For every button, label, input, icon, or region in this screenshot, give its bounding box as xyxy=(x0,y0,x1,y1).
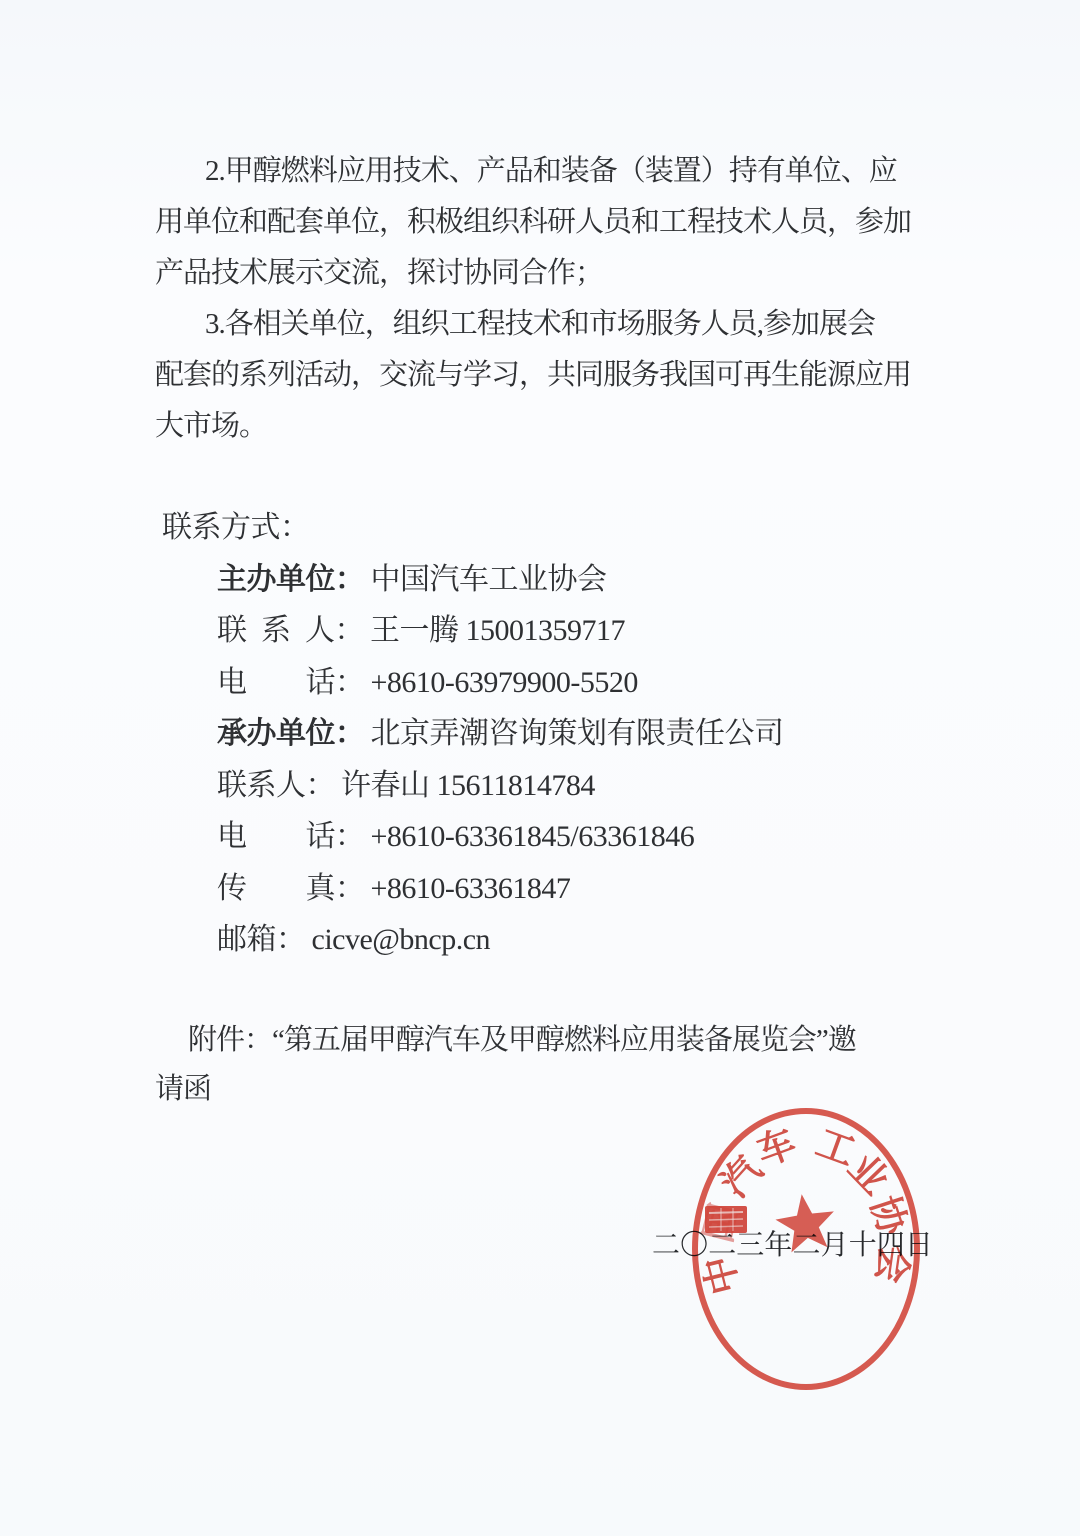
contact-row-undertaker: 承办单位：北京弄潮咨询策划有限责任公司 xyxy=(217,708,942,760)
paragraph-line: 用单位和配套单位，积极组织科研人员和工程技术人员，参加 xyxy=(155,197,935,248)
contact-value: +8610-63979900-5520 xyxy=(371,657,638,709)
paragraph-line: 2.甲醇燃料应用技术、产品和装备（装置）持有单位、应 xyxy=(155,146,935,197)
contact-label: 电 话： xyxy=(217,811,365,863)
contact-label: 传 真： xyxy=(217,863,365,915)
contact-label: 联 系 人： xyxy=(217,605,364,657)
contact-value: cicve@bncp.cn xyxy=(312,914,491,966)
paragraph-line: 配套的系列活动，交流与学习，共同服务我国可再生能源应用 xyxy=(155,350,935,401)
contact-heading: 联系方式： xyxy=(162,502,942,554)
paragraph-line: 3.各相关单位，组织工程技术和市场服务人员,参加展会 xyxy=(155,299,935,350)
contact-value: +8610-63361845/63361846 xyxy=(371,811,695,863)
contact-row-contact-person-2: 联系人：许春山 15611814784 xyxy=(217,760,942,812)
seal-overprint-blob xyxy=(705,1206,747,1233)
body-paragraphs: 2.甲醇燃料应用技术、产品和装备（装置）持有单位、应 用单位和配套单位，积极组织… xyxy=(155,146,935,452)
contact-row-telephone-2: 电 话：+8610-63361845/63361846 xyxy=(217,811,942,863)
contact-row-email: 邮箱：cicve@bncp.cn xyxy=(217,914,942,966)
contact-label: 电 话： xyxy=(217,657,365,709)
contact-row-organizer: 主办单位：中国汽车工业协会 xyxy=(217,554,942,606)
contact-label: 承办单位： xyxy=(217,708,365,760)
scanned-letter-page: 2.甲醇燃料应用技术、产品和装备（装置）持有单位、应 用单位和配套单位，积极组织… xyxy=(0,0,1080,1536)
contact-value: 北京弄潮咨询策划有限责任公司 xyxy=(371,708,784,760)
contact-value: +8610-63361847 xyxy=(371,863,571,915)
attachment-line: 附件：“第五届甲醇汽车及甲醇燃料应用装备展览会”邀 xyxy=(155,1016,935,1065)
seal-char: 车 xyxy=(752,1122,802,1174)
seal-char: 会 xyxy=(868,1242,915,1285)
contact-row-telephone: 电 话：+8610-63979900-5520 xyxy=(217,657,942,709)
contact-row-contact-person: 联 系 人：王一腾 15001359717 xyxy=(217,605,942,657)
contact-value: 中国汽车工业协会 xyxy=(371,554,607,606)
paragraph-line: 大市场。 xyxy=(155,401,935,452)
contact-label: 主办单位： xyxy=(217,554,365,606)
contact-label: 邮箱： xyxy=(217,914,306,966)
contact-value: 王一腾 15001359717 xyxy=(370,605,625,657)
seal-char: 中 xyxy=(698,1251,748,1298)
contact-section: 联系方式： 主办单位：中国汽车工业协会 联 系 人：王一腾 1500135971… xyxy=(162,502,942,966)
contact-row-fax: 传 真：+8610-63361847 xyxy=(217,863,942,915)
official-seal: 中 国 汽 车 工 业 协 会 xyxy=(688,1104,926,1396)
attachment-section: 附件：“第五届甲醇汽车及甲醇燃料应用装备展览会”邀 请函 xyxy=(155,1016,935,1114)
paragraph-line: 产品技术展示交流，探讨协同合作； xyxy=(155,248,935,299)
contact-label: 联系人： xyxy=(217,760,335,812)
seal-star-icon xyxy=(772,1190,838,1254)
contact-value: 许春山 15611814784 xyxy=(341,760,595,812)
